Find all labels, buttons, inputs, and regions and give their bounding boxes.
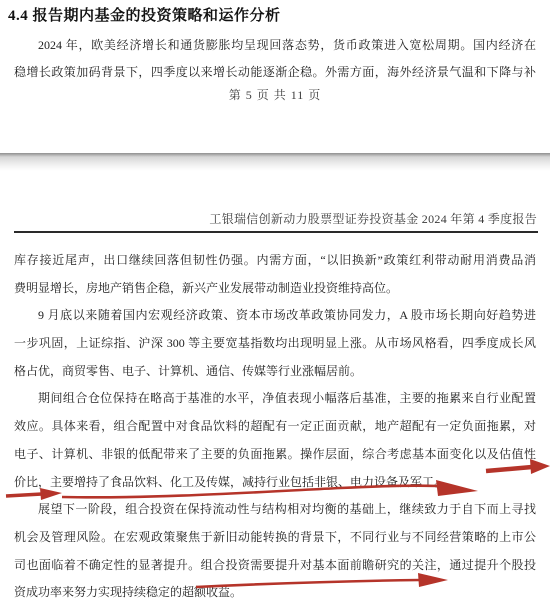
body-line: 电子、计算机、非银的低配带来了主要的负面拖累。操作层面，综合考虑基本面变化以及估… — [14, 441, 536, 469]
body-line: 价比，主要增持了食品饮料、化工及传媒，减持行业包括非银、电力设备及军工。 — [14, 469, 536, 497]
body-line: 展望下一阶段，组合投资在保持流动性与结构相对均衡的基础上，继续致力于自下而上寻找 — [14, 496, 536, 524]
document-viewport: 4.4 报告期内基金的投资策略和运作分析 2024 年，欧美经济增长和通货膨胀均… — [0, 0, 550, 613]
body-line: 库存接近尾声，出口继续回落但韧性仍强。内需方面，“以旧换新”政策红利带动耐用消费… — [14, 247, 536, 275]
header-rule — [14, 231, 538, 233]
section-heading: 4.4 报告期内基金的投资策略和运作分析 — [8, 4, 281, 25]
body-line: 2024 年，欧美经济增长和通货膨胀均呈现回落态势，货币政策进入宽松周期。国内经… — [14, 32, 536, 59]
body-line: 机会及管理风险。在宏观政策聚焦于新旧动能转换的背景下，不同行业与不同经营策略的上… — [14, 524, 536, 552]
page1-paragraph: 2024 年，欧美经济增长和通货膨胀均呈现回落态势，货币政策进入宽松周期。国内经… — [14, 32, 536, 86]
body-line: 稳增长政策加码背景下，四季度以来增长动能逐渐企稳。外需方面，海外经济景气温和下降… — [14, 59, 536, 86]
body-line: 9 月底以来随着国内宏观经济政策、资本市场改革政策协同发力，A 股市场长期向好趋… — [14, 302, 536, 330]
page-number: 第 5 页 共 11 页 — [0, 86, 550, 103]
running-header: 工银瑞信创新动力股票型证券投资基金 2024 年第 4 季度报告 — [209, 210, 537, 227]
body-line: 格占优，商贸零售、电子、计算机、通信、传媒等行业涨幅居前。 — [14, 358, 536, 386]
body-line: 资成功率来努力实现持续稳定的超额收益。 — [14, 579, 536, 607]
body-line: 费明显增长，房地产销售企稳，新兴产业发展带动制造业投资维持高位。 — [14, 275, 536, 303]
body-line: 一步巩固，上证综指、沪深 300 等主要宽基指数均出现明显上涨。从市场风格看，四… — [14, 330, 536, 358]
page2-paragraphs: 库存接近尾声，出口继续回落但韧性仍强。内需方面，“以旧换新”政策红利带动耐用消费… — [14, 247, 536, 607]
body-line: 期间组合仓位保持在略高于基准的水平，净值表现小幅落后基准，主要的拖累来自行业配置 — [14, 385, 536, 413]
body-line: 司也面临着不确定性的显著提升。组合投资需要提升对基本面前瞻研究的关注，通过提升个… — [14, 552, 536, 580]
body-line: 效应。具体来看，组合配置中对食品饮料的超配有一定正面贡献，地产超配有一定负面拖累… — [14, 413, 536, 441]
page-separator — [0, 153, 550, 171]
